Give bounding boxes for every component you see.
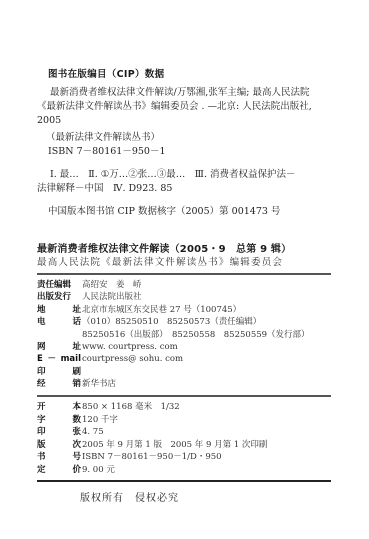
cip-series: （最新法律文件解读丛书） (46, 131, 160, 145)
info-label-part: 版 (37, 439, 46, 451)
book-editor-body: 最高人民法院《最新法律文件解读丛书》编辑委员会 (37, 254, 283, 268)
info-row: 印张4. 75 (37, 426, 104, 438)
cip-line-2: 《最新法律文件解读丛书》编辑委员会 . —北京: 人民法院出版社, (37, 100, 312, 114)
info-label: E－mail (37, 353, 81, 365)
info-label-part: 经 (37, 378, 46, 390)
info-label: 印张 (37, 426, 81, 438)
cip-line-1: 最新消费者维权法律文件解读/万鄂湘,张军主编; 最高人民法院 (50, 86, 309, 100)
info-label: 经销 (37, 378, 81, 390)
info-label-part: 地 (37, 304, 46, 316)
info-label-part: 本 (72, 401, 81, 413)
cip-isbn: ISBN 7－80161－950－1 (48, 145, 166, 159)
info-label-part: 数 (72, 414, 81, 426)
info-label: 字数 (37, 414, 81, 426)
info-row: E－mailcourtpress@ sohu. com (37, 353, 183, 365)
info-label-part: mail (61, 353, 81, 365)
info-label-part: 印 (37, 366, 46, 378)
info-label-part: 刷 (72, 366, 81, 378)
cip-subject-1: Ⅰ. 最… Ⅱ. ①万…②张…③最… Ⅲ. 消费者权益保护法－ (50, 168, 296, 182)
info-label-part: 字 (37, 414, 46, 426)
info-value: 9. 00 元 (82, 464, 115, 476)
info-label-part: E (37, 353, 43, 365)
info-row: 地址北京市东城区东交民巷 27 号（100745） (37, 304, 241, 316)
info-label-part: 址 (72, 341, 81, 353)
info-value: www. courtpress. com (82, 341, 178, 353)
info-value: 4. 75 (82, 426, 104, 438)
info-label: 地址 (37, 304, 81, 316)
info-label-part: 责任编辑 (37, 279, 71, 291)
info-value: ISBN 7－80161－950－1/D・950 (82, 451, 222, 463)
cip-heading: 图书在版编目（CIP）数据 (48, 66, 164, 80)
cip-record-number: 中国版本图书馆 CIP 数据核字（2005）第 001473 号 (48, 205, 280, 219)
info-row: 版次2005 年 9 月第 1 版 2005 年 9 月第 1 次印刷 (37, 439, 267, 451)
info-label: 电话 (37, 316, 81, 328)
info-label: 版次 (37, 439, 81, 451)
info-label-part: 话 (72, 316, 81, 328)
info-label-part: 开 (37, 401, 46, 413)
info-value: 120 千字 (82, 414, 118, 426)
info-label-part: 网 (37, 341, 46, 353)
info-label: 印刷 (37, 366, 81, 378)
info-label: 网址 (37, 341, 81, 353)
info-label (37, 329, 81, 341)
info-row: 定价9. 00 元 (37, 464, 115, 476)
info-row: 85250516（出版部） 85250558 85250559（发行部） (37, 329, 310, 341)
book-title: 最新消费者维权法律文件解读（2005・9 总第 9 辑） (37, 240, 291, 255)
info-value: courtpress@ sohu. com (82, 353, 183, 365)
info-value: 2005 年 9 月第 1 版 2005 年 9 月第 1 次印刷 (82, 439, 267, 451)
cip-line-3: 2005 (37, 114, 61, 128)
info-label-part: － (47, 353, 56, 365)
info-label: 书号 (37, 451, 81, 463)
info-label-part: 价 (72, 464, 81, 476)
info-label: 责任编辑 (37, 279, 81, 291)
info-value: （010）85250510 85250573（责任编辑） (82, 316, 261, 328)
info-row: 电话（010）85250510 85250573（责任编辑） (37, 316, 261, 328)
info-row: 印刷 (37, 366, 82, 378)
cip-subject-2: 法律解释－中国 Ⅳ. D923. 85 (37, 182, 172, 196)
info-label: 开本 (37, 401, 81, 413)
info-row: 经销新华书店 (37, 378, 116, 390)
info-row: 网址www. courtpress. com (37, 341, 178, 353)
info-label-part: 书 (37, 451, 46, 463)
info-label: 定价 (37, 464, 81, 476)
info-value: 高绍安 姜 峤 (82, 279, 142, 291)
info-label-part: 定 (37, 464, 46, 476)
info-row: 书号ISBN 7－80161－950－1/D・950 (37, 451, 222, 463)
info-value: 85250516（出版部） 85250558 85250559（发行部） (82, 329, 310, 341)
info-row: 责任编辑高绍安 姜 峤 (37, 279, 142, 291)
info-row: 开本850 × 1168 毫米 1/32 (37, 401, 180, 413)
info-label-part: 销 (72, 378, 81, 390)
info-label-part: 次 (72, 439, 81, 451)
info-value: 新华书店 (82, 378, 116, 390)
info-value: 人民法院出版社 (82, 291, 142, 303)
info-label-part: 出版发行 (37, 291, 71, 303)
info-label-part: 址 (72, 304, 81, 316)
copyright-notice: 版权所有 侵权必究 (80, 489, 179, 504)
divider-bottom (37, 480, 331, 482)
info-label: 出版发行 (37, 291, 81, 303)
info-value: 850 × 1168 毫米 1/32 (82, 401, 180, 413)
info-label-part: 印 (37, 426, 46, 438)
divider-top (37, 273, 331, 275)
info-label-part: 张 (72, 426, 81, 438)
divider-middle (37, 395, 331, 397)
info-row: 字数120 千字 (37, 414, 118, 426)
info-row: 出版发行人民法院出版社 (37, 291, 142, 303)
info-label-part: 号 (72, 451, 81, 463)
info-label-part: 电 (37, 316, 46, 328)
info-value: 北京市东城区东交民巷 27 号（100745） (82, 304, 241, 316)
